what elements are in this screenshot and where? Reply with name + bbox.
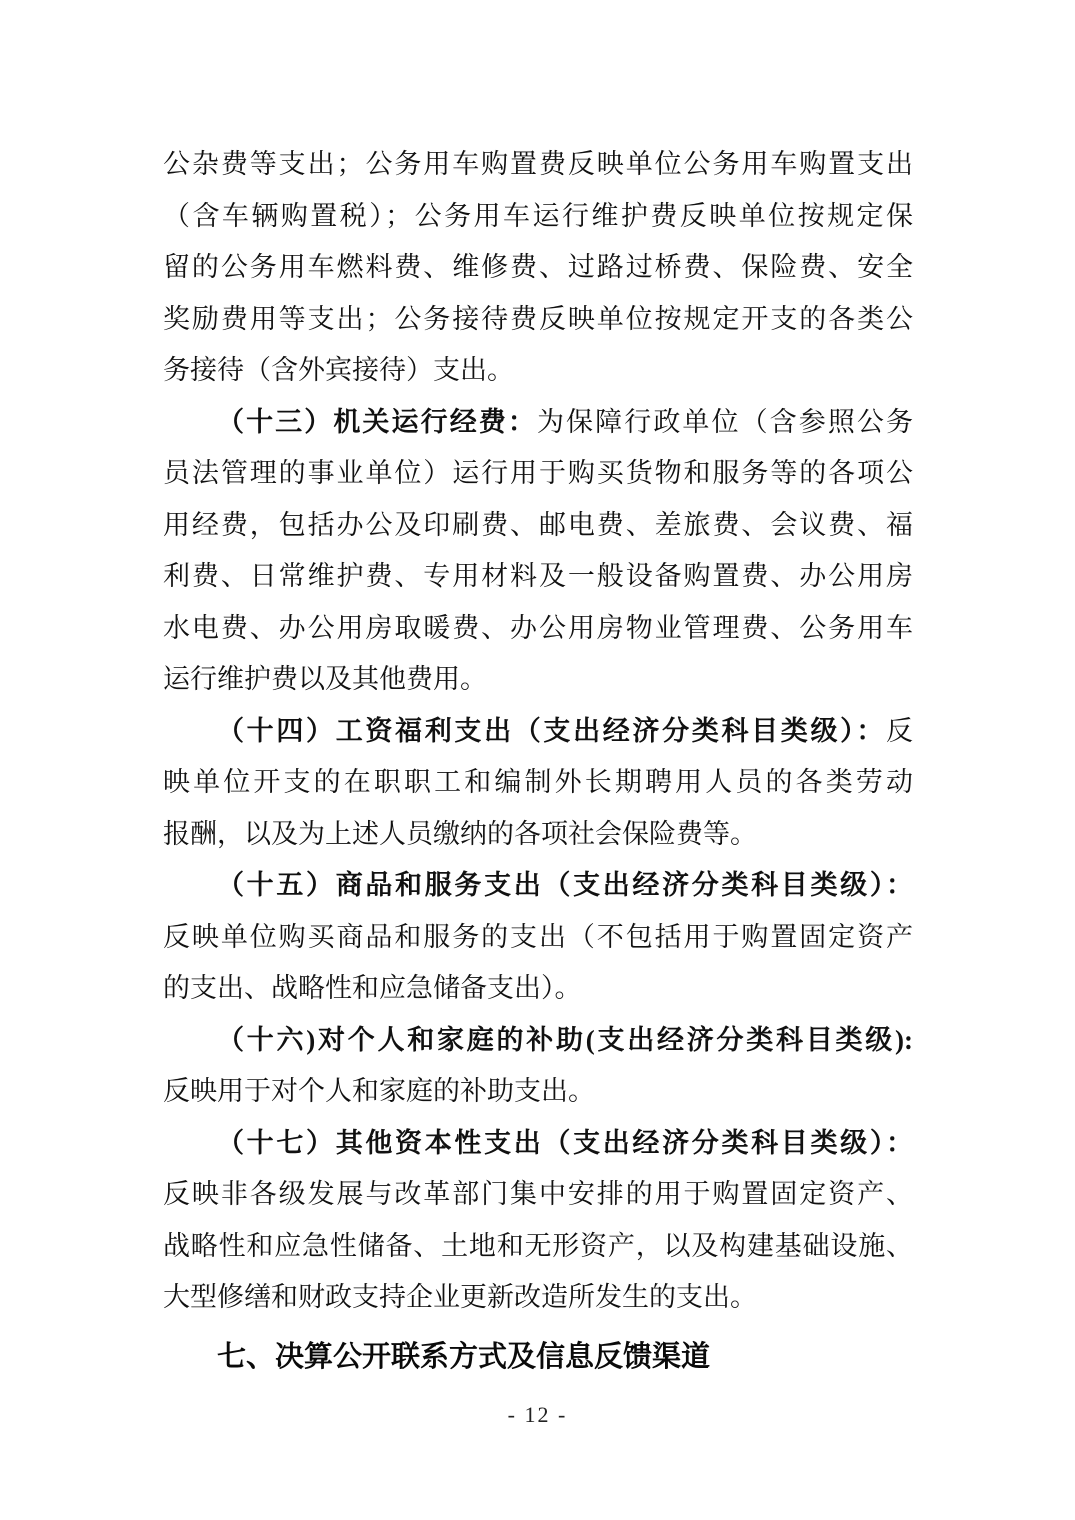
text-line: 大型修缮和财政支持企业更新改造所发生的支出。 [163,1272,913,1324]
paragraph-lead-bold: （十四）工资福利支出（支出经济分类科目类级）： [217,716,886,746]
text-line: （十五）商品和服务支出（支出经济分类科目类级）： [163,860,913,912]
text-line: 利费、日常维护费、专用材料及一般设备购置费、办公用房 [163,551,913,603]
paragraph-lead-bold: （十六)对个人和家庭的补助(支出经济分类科目类级): [217,1025,913,1055]
text-line: 反映单位购买商品和服务的支出（不包括用于购置固定资产 [163,912,913,964]
paragraph-lead-bold: （十三）机关运行经费： [217,407,537,437]
text-line: 反映非各级发展与改革部门集中安排的用于购置固定资产、 [163,1169,913,1221]
paragraph-lead-bold: （十七）其他资本性支出（支出经济分类科目类级）： [217,1128,913,1158]
text-line: 报酬，以及为上述人员缴纳的各项社会保险费等。 [163,809,913,861]
text-line: 水电费、办公用房取暖费、办公用房物业管理费、公务用车 [163,603,913,655]
text-line: （十七）其他资本性支出（支出经济分类科目类级）： [163,1118,913,1170]
document-page: 公杂费等支出；公务用车购置费反映单位公务用车购置支出（含车辆购置税）；公务用车运… [0,0,1075,1520]
text-line: 留的公务用车燃料费、维修费、过路过桥费、保险费、安全 [163,242,913,294]
text-line: 员法管理的事业单位）运行用于购买货物和服务等的各项公 [163,448,913,500]
paragraph-lead-bold: （十五）商品和服务支出（支出经济分类科目类级）： [217,870,913,900]
text-line: 用经费，包括办公及印刷费、邮电费、差旅费、会议费、福 [163,500,913,552]
text-line: （十六)对个人和家庭的补助(支出经济分类科目类级): [163,1015,913,1067]
page-number: - 12 - [508,1402,568,1427]
text-line: 的支出、战略性和应急储备支出）。 [163,963,913,1015]
text-line: 战略性和应急性储备、土地和无形资产，以及构建基础设施、 [163,1221,913,1273]
text-line: 奖励费用等支出；公务接待费反映单位按规定开支的各类公 [163,294,913,346]
page-footer: - 12 - [0,1402,1075,1428]
text-line: 公杂费等支出；公务用车购置费反映单位公务用车购置支出 [163,139,913,191]
text-line: 运行维护费以及其他费用。 [163,654,913,706]
text-line: 映单位开支的在职职工和编制外长期聘用人员的各类劳动 [163,757,913,809]
section-heading: 七、决算公开联系方式及信息反馈渠道 [163,1332,913,1384]
text-line: 反映用于对个人和家庭的补助支出。 [163,1066,913,1118]
text-line: （十三）机关运行经费：为保障行政单位（含参照公务 [163,397,913,449]
text-line: 务接待（含外宾接待）支出。 [163,345,913,397]
document-content: 公杂费等支出；公务用车购置费反映单位公务用车购置支出（含车辆购置税）；公务用车运… [163,139,913,1383]
text-line: （含车辆购置税）；公务用车运行维护费反映单位按规定保 [163,191,913,243]
text-line: （十四）工资福利支出（支出经济分类科目类级）：反 [163,706,913,758]
paragraphs-container: 公杂费等支出；公务用车购置费反映单位公务用车购置支出（含车辆购置税）；公务用车运… [163,139,913,1324]
